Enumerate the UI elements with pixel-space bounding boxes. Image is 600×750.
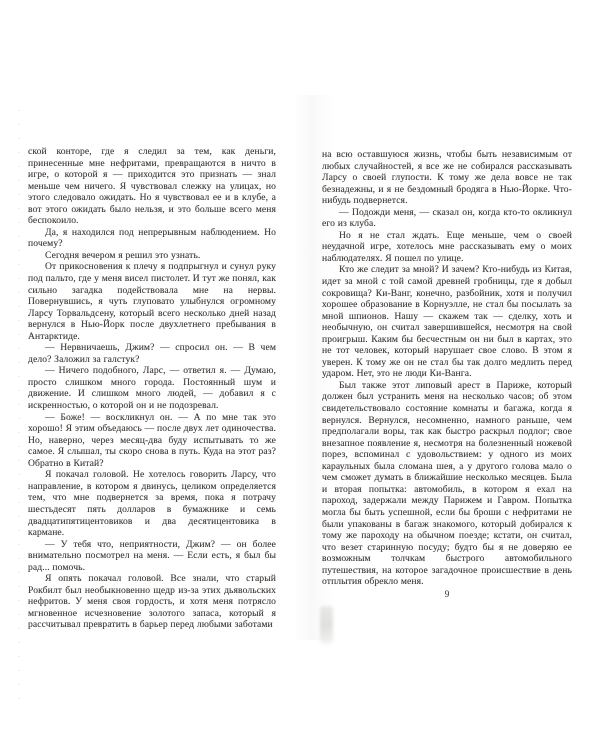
paragraph: Кто же следит за мной? И зачем? Кто-нибу… [322,264,572,379]
text-column-left: ской конторе, где я следил за тем, как д… [28,146,276,631]
paragraph: Сегодня вечером я решил это узнать. [28,250,276,262]
paragraph: ской конторе, где я следил за тем, как д… [28,146,276,227]
paragraph: Да, я находился под непрерывным наблюден… [28,227,276,250]
page-number: 9 [322,590,572,600]
paragraph: Был также этот липовый арест в Париже, к… [322,380,572,588]
paragraph: — Ничего подобного, Ларс, — ответил я. —… [28,365,276,411]
page-edge-noise [18,110,20,710]
text-column-right: на всю оставшуюся жизнь, чтобы быть неза… [322,149,572,588]
scan-smudge [320,606,333,644]
paragraph: на всю оставшуюся жизнь, чтобы быть неза… [322,149,572,207]
paragraph: Я покачал головой. Не хотелось говорить … [28,469,276,538]
paragraph: Но я не стал ждать. Еще меньше, чем о св… [322,230,572,265]
paragraph: — У тебя что, неприятности, Джим? — он б… [28,539,276,574]
paragraph: — Нервничаешь, Джим? — спросил он. — В ч… [28,342,276,365]
paragraph: — Подожди меня, — сказал он, когда кто-т… [322,207,572,230]
paragraph: — Боже! — воскликнул он. — А по мне так … [28,412,276,470]
book-page-scan: ской конторе, где я следил за тем, как д… [0,0,600,750]
paragraph: Я опять покачал головой. Все знали, что … [28,573,276,631]
paragraph: От прикосновения к плечу я подпрыгнул и … [28,261,276,342]
